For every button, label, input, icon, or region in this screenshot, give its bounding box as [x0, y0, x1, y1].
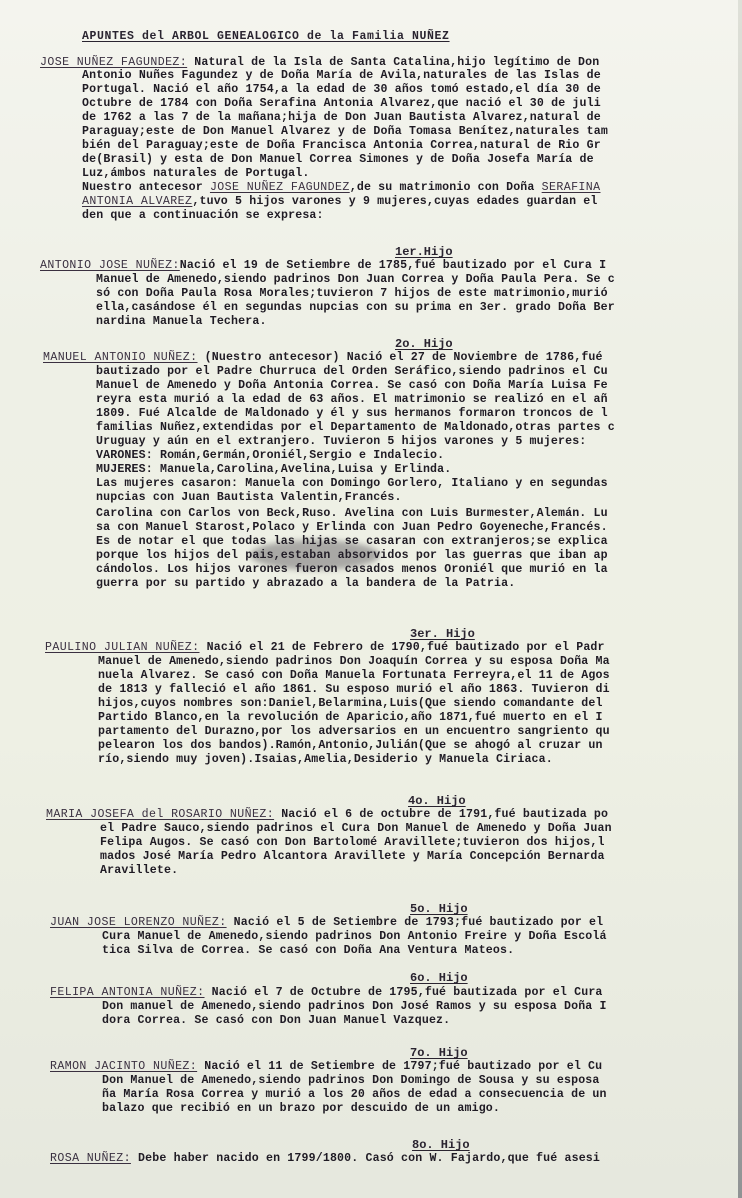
child-line: hijos,cuyos nombres son:Daniel,Belarmina… — [98, 697, 603, 711]
child-first-line: FELIPA ANTONIA NUÑEZ: Nació el 7 de Octu… — [50, 986, 603, 1000]
person-name: ANTONIA ALVAREZ — [82, 195, 192, 208]
child-line: Carolina con Carlos von Beck,Ruso. Aveli… — [96, 507, 608, 521]
child-first-line: JUAN JOSE LORENZO NUÑEZ: Nació el 5 de S… — [50, 916, 603, 930]
intro-summary-line: ANTONIA ALVAREZ,tuvo 5 hijos varones y 9… — [82, 195, 598, 209]
child-heading: 2o. Hijo — [395, 337, 453, 351]
child-line: VARONES: Román,Germán,Oroniél,Sergio e I… — [96, 449, 444, 463]
child-line: de 1813 y falleció el año 1861. Su espos… — [98, 683, 610, 697]
person-name: PAULINO JULIAN NUÑEZ: — [45, 641, 200, 654]
intro-line: Luz,ámbos naturales de Portugal. — [82, 167, 309, 181]
child-line: dora Correa. Se casó con Don Juan Manuel… — [102, 1014, 450, 1028]
child-line: Don manuel de Amenedo,siendo padrinos Do… — [102, 1000, 607, 1014]
child-line: Partido Blanco,en la revolución de Apari… — [98, 711, 603, 725]
child-heading: 1er.Hijo — [395, 245, 453, 259]
child-line: Uruguay y aún en el extranjero. Tuvieron… — [96, 435, 586, 449]
child-line: guerra por su partido y abrazado a la ba… — [96, 577, 515, 591]
child-line: Manuel de Amenedo y Doña Antonia Correa.… — [96, 379, 608, 393]
person-name: JUAN JOSE LORENZO NUÑEZ: — [50, 916, 227, 929]
child-line: pelearon los dos bandos).Ramón,Antonio,J… — [98, 739, 603, 753]
intro-summary-line: Nuestro antecesor JOSE NUÑEZ FAGUNDEZ,de… — [82, 181, 601, 195]
child-line: ña María Rosa Correa y murió a los 20 añ… — [102, 1088, 607, 1102]
person-name: ANTONIO JOSE NUÑEZ: — [40, 259, 180, 272]
person-name: MANUEL ANTONIO NUÑEZ: — [43, 351, 198, 364]
child-line: nardina Manuela Techera. — [96, 315, 267, 329]
child-heading: 5o. Hijo — [410, 902, 468, 916]
child-first-line: ANTONIO JOSE NUÑEZ:Nació el 19 de Setiem… — [40, 259, 606, 273]
child-line: nuela Alvarez. Se casó con Doña Manuela … — [98, 669, 610, 683]
child-line: Don Manuel de Amenedo,siendo padrinos Do… — [102, 1074, 600, 1088]
child-line: balazo que recibió en un brazo por descu… — [102, 1102, 500, 1116]
child-first-line: MANUEL ANTONIO NUÑEZ: (Nuestro antecesor… — [43, 351, 603, 365]
person-name: ROSA NUÑEZ: — [50, 1152, 131, 1165]
child-line: partamento del Durazno,por los adversari… — [98, 725, 610, 739]
child-first-line: ROSA NUÑEZ: Debe haber nacido en 1799/18… — [50, 1152, 600, 1166]
intro-line: de 1762 a las 7 de la mañana;hija de Don… — [82, 111, 601, 125]
child-line: só con Doña Paula Rosa Morales;tuvieron … — [96, 287, 608, 301]
child-heading: 7o. Hijo — [410, 1046, 468, 1060]
person-name: MARIA JOSEFA del ROSARIO NUÑEZ: — [46, 808, 274, 821]
intro-line: Portugal. Nació el año 1754,a la edad de… — [82, 83, 601, 97]
child-first-line: MARIA JOSEFA del ROSARIO NUÑEZ: Nació el… — [46, 808, 608, 822]
person-name: SERAFINA — [542, 181, 601, 194]
child-line: Felipa Augos. Se casó con Don Bartolomé … — [100, 836, 605, 850]
child-heading: 6o. Hijo — [410, 971, 468, 985]
child-line: el Padre Sauco,siendo padrinos el Cura D… — [100, 822, 612, 836]
child-line: Manuel de Amenedo,siendo padrinos Don Ju… — [96, 273, 615, 287]
person-name: FELIPA ANTONIA NUÑEZ: — [50, 986, 205, 999]
child-first-line: PAULINO JULIAN NUÑEZ: Nació el 21 de Feb… — [45, 641, 605, 655]
child-line: reyra esta murió a la edad de 63 años. E… — [96, 393, 608, 407]
child-line: sa con Manuel Starost,Polaco y Erlinda c… — [96, 521, 608, 535]
child-line: Las mujeres casaron: Manuela con Domingo… — [96, 477, 608, 491]
child-line: familias Nuñez,extendidas por el Departa… — [96, 421, 615, 435]
page-edge-shadow — [738, 0, 742, 1198]
intro-summary-line: den que a continuación se expresa: — [82, 209, 324, 223]
child-line: 1809. Fué Alcalde de Maldonado y él y su… — [96, 407, 608, 421]
child-line: Cura Manuel de Amenedo,siendo padrinos D… — [102, 930, 607, 944]
child-heading: 8o. Hijo — [412, 1138, 470, 1152]
child-line: MUJERES: Manuela,Carolina,Avelina,Luisa … — [96, 463, 451, 477]
intro-line: de(Brasil) y esta de Don Manuel Correa S… — [82, 153, 594, 167]
child-heading: 4o. Hijo — [408, 794, 466, 808]
document-title: APUNTES del ARBOL GENEALOGICO de la Fami… — [82, 30, 450, 43]
person-name: RAMON JACINTO NUÑEZ: — [50, 1060, 197, 1073]
intro-line: bién del Paraguay;este de Doña Francisca… — [82, 139, 601, 153]
intro-line: Antonio Nuñes Fagundez y de Doña María d… — [82, 69, 601, 83]
person-name: JOSE NUÑEZ FAGUNDEZ: — [40, 56, 187, 69]
child-line: bautizado por el Padre Churruca del Orde… — [96, 365, 608, 379]
child-line: Manuel de Amenedo,siendo padrinos Don Jo… — [98, 655, 610, 669]
child-heading: 3er. Hijo — [410, 627, 475, 641]
child-line: río,siendo muy joven).Isaias,Amelia,Desi… — [98, 753, 553, 767]
intro-line: Paraguay;este de Don Manuel Alvarez y de… — [82, 125, 608, 139]
child-line: nupcias con Juan Bautista Valentin,Franc… — [96, 491, 402, 505]
child-line: tica Silva de Correa. Se casó con Doña A… — [102, 944, 514, 958]
typewritten-page: APUNTES del ARBOL GENEALOGICO de la Fami… — [0, 0, 742, 1198]
child-line: mados José María Pedro Alcantora Aravill… — [100, 850, 605, 864]
child-line: Aravillete. — [100, 864, 178, 878]
person-name: JOSE NUÑEZ FAGUNDEZ — [210, 181, 350, 194]
intro-first-line: JOSE NUÑEZ FAGUNDEZ: Natural de la Isla … — [40, 56, 599, 70]
ink-smudge — [250, 540, 380, 570]
child-line: ella,casándose él en segundas nupcias co… — [96, 301, 615, 315]
child-first-line: RAMON JACINTO NUÑEZ: Nació el 11 de Seti… — [50, 1060, 602, 1074]
intro-line: Octubre de 1784 con Doña Serafina Antoni… — [82, 97, 601, 111]
